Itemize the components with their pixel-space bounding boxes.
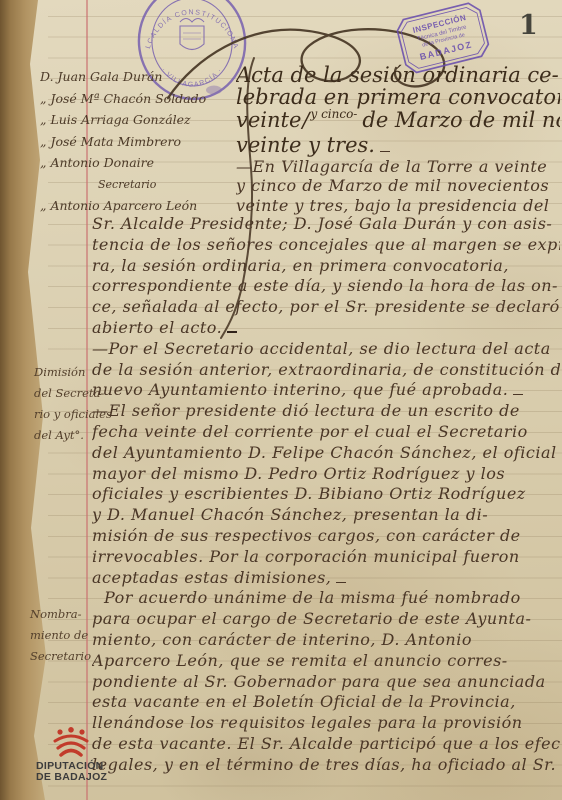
ink-rule [336, 582, 346, 583]
body-line-text: nuevo Ayuntamiento interino, que fué apr… [92, 380, 508, 401]
body-line: para ocupar el cargo de Secretario de es… [92, 609, 560, 630]
body-line: correspondiente a este día, y siendo la … [92, 276, 560, 297]
ink-rule [227, 331, 237, 333]
body-line: irrevocables. Por la corporación municip… [92, 547, 560, 568]
attendee-name: „ José Mª Chacón Soldado [40, 88, 236, 110]
scanned-manuscript-page: ALCALDÍA CONSTITUCIONAL · VILLAGARCÍA · … [0, 0, 562, 800]
body-line: de la sesión anterior, extraordinaria, d… [92, 360, 560, 381]
body-line-text: del Ayuntamiento D. Felipe Chacón Sánche… [92, 443, 557, 464]
body-line-text: ra, la sesión ordinaria, en primera conv… [92, 256, 509, 277]
diputacion-crown-icon [51, 727, 91, 757]
opening-text: —En Villagarcía de la Torre a veinte [236, 157, 547, 177]
opening-line: y cinco de Marzo de mil novecientos [236, 176, 560, 196]
body-line: mayor del mismo D. Pedro Ortiz Rodríguez… [92, 464, 560, 485]
body-line: y D. Manuel Chacón Sánchez, presentan la… [92, 505, 560, 526]
logo-arc [58, 743, 84, 748]
body-line-text: mayor del mismo D. Pedro Ortiz Rodríguez… [92, 464, 505, 485]
logo-arc [55, 736, 87, 741]
body-line-text: tencia de los señores concejales que al … [92, 235, 560, 256]
ink-rule [513, 394, 523, 395]
body-line-text: abierto el acto. [92, 318, 222, 339]
body-line-text: —Por el Secretario accidental, se dio le… [92, 339, 551, 360]
body-line-text: ce, señalada al efecto, por el Sr. presi… [92, 297, 560, 318]
heading-line: lebrada en primera convocatoria el [236, 86, 560, 108]
body-line-text: para ocupar el cargo de Secretario de es… [92, 609, 531, 630]
insertion-caret: ∕ [302, 109, 309, 131]
logo-text-line-2: DE BADAJOZ [36, 772, 146, 783]
body-line-text: oficiales y escribientes D. Bibiano Orti… [92, 484, 526, 505]
body-line: —El señor presidente dió lectura de un e… [92, 401, 560, 422]
heading-text: de Marzo de mil novecientos [362, 109, 560, 131]
heading-line: Acta de la sesión ordinaria ce- [236, 64, 560, 86]
opening-text: y cinco de Marzo de mil novecientos [236, 176, 549, 196]
act-heading-block: Acta de la sesión ordinaria ce- lebrada … [236, 64, 560, 215]
body-line-text: aceptadas estas dimisiones, [92, 568, 331, 589]
body-line-text: de esta vacante. El Sr. Alcalde particip… [92, 734, 560, 755]
body-line: misión de sus respectivos cargos, con ca… [92, 526, 560, 547]
logo-arc [61, 751, 81, 756]
body-line: Aparcero León, que se remita el anuncio … [92, 651, 560, 672]
logo-dot [57, 729, 62, 734]
heading-text: Acta de la sesión ordinaria ce- [236, 64, 559, 86]
seal-shield [180, 26, 204, 50]
body-line-text: de la sesión anterior, extraordinaria, d… [92, 360, 560, 381]
body-line-text: Sr. Alcalde Presidente; D. José Gala Dur… [92, 214, 552, 235]
opening-line: —En Villagarcía de la Torre a veinte [236, 157, 560, 177]
body-line: —Por el Secretario accidental, se dio le… [92, 339, 560, 360]
heading-line-with-insertion: veinte ∕ y cinco- de Marzo de mil noveci… [236, 109, 560, 134]
body-line: oficiales y escribientes D. Bibiano Orti… [92, 484, 560, 505]
seal-hatching [183, 33, 201, 39]
ink-rule [380, 151, 390, 152]
body-line-text: fecha veinte del corriente por el cual e… [92, 422, 528, 443]
body-line-text: esta vacante en el Boletín Oficial de la… [92, 692, 516, 713]
opening-line: veinte y tres, bajo la presidencia del [236, 196, 560, 216]
diputacion-logo: DIPUTACIÓN DE BADAJOZ [36, 727, 146, 783]
body-line: legales, y en el término de tres días, h… [92, 755, 560, 776]
body-line: tencia de los señores concejales que al … [92, 235, 560, 256]
attendee-name: „ Luis Arriaga González [40, 109, 236, 131]
opening-text: veinte y tres, bajo la presidencia del [236, 196, 549, 216]
interlinear-insertion: y cinco- [310, 109, 357, 125]
attendee-name: D. Juan Gala Durán [40, 66, 236, 88]
body-line-text: miento, con carácter de interino, D. Ant… [92, 630, 472, 651]
body-line: ra, la sesión ordinaria, en primera conv… [92, 256, 560, 277]
attendee-list: D. Juan Gala Durán „ José Mª Chacón Sold… [40, 66, 236, 217]
body-line: Por acuerdo unánime de la misma fué nomb… [92, 588, 560, 609]
body-line: esta vacante en el Boletín Oficial de la… [92, 692, 560, 713]
body-line-text: Por acuerdo unánime de la misma fué nomb… [104, 588, 521, 609]
body-line-text: llenándose los requisitos legales para l… [92, 713, 523, 734]
heading-text: lebrada en primera convocatoria el [236, 86, 560, 108]
heading-text: veinte [236, 109, 301, 131]
body-line-text: correspondiente a este día, y siendo la … [92, 276, 558, 297]
heading-text: veinte y tres. [236, 134, 375, 156]
body-line-text: pondiente al Sr. Gobernador para que sea… [92, 672, 546, 693]
body-line-text: irrevocables. Por la corporación municip… [92, 547, 520, 568]
body-line: aceptadas estas dimisiones, [92, 568, 560, 589]
body-line-text: y D. Manuel Chacón Sánchez, presentan la… [92, 505, 488, 526]
body-line-text: legales, y en el término de tres días, h… [92, 755, 560, 776]
page-number: 1 [519, 10, 538, 41]
act-body-block: Sr. Alcalde Presidente; D. José Gala Dur… [92, 214, 560, 776]
attendee-name: „ Antonio Donaire [40, 152, 236, 174]
attendee-name: „ José Mata Mimbrero [40, 131, 236, 153]
body-line: miento, con carácter de interino, D. Ant… [92, 630, 560, 651]
body-line: de esta vacante. El Sr. Alcalde particip… [92, 734, 560, 755]
heading-line: veinte y tres. [236, 134, 560, 157]
body-line-text: Aparcero León, que se remita el anuncio … [92, 651, 508, 672]
body-line: llenándose los requisitos legales para l… [92, 713, 560, 734]
body-line: ce, señalada al efecto, por el Sr. presi… [92, 297, 560, 318]
seal-crown [180, 19, 204, 23]
body-line: abierto el acto. [92, 318, 560, 339]
body-line: del Ayuntamiento D. Felipe Chacón Sánche… [92, 443, 560, 464]
logo-dot [68, 727, 74, 733]
logo-dot [79, 729, 84, 734]
body-line: pondiente al Sr. Gobernador para que sea… [92, 672, 560, 693]
body-line: fecha veinte del corriente por el cual e… [92, 422, 560, 443]
body-line-text: —El señor presidente dió lectura de un e… [92, 401, 520, 422]
secretary-label: Secretario [40, 174, 236, 196]
body-line: nuevo Ayuntamiento interino, que fué apr… [92, 380, 560, 401]
body-line-text: misión de sus respectivos cargos, con ca… [92, 526, 521, 547]
body-line: Sr. Alcalde Presidente; D. José Gala Dur… [92, 214, 560, 235]
